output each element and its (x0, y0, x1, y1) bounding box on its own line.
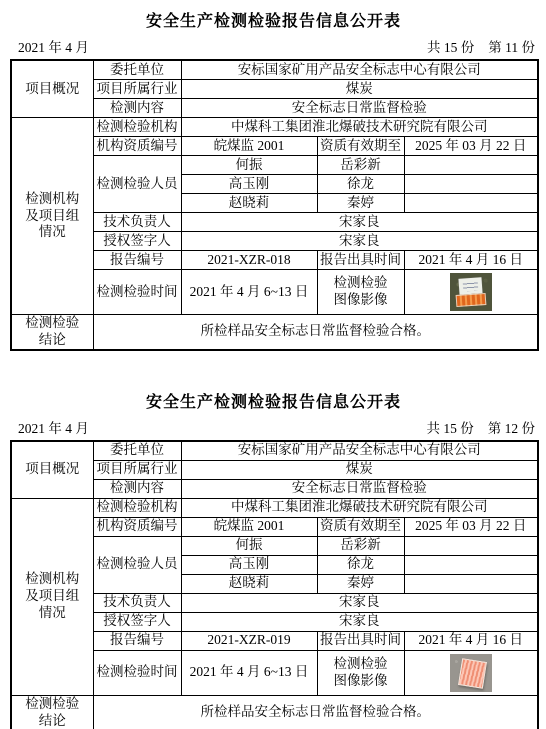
license-value: 皖煤监 2001 (181, 517, 317, 536)
section-org-group: 检测机构及项目组情况 (11, 118, 93, 315)
staff-name: 何振 (181, 536, 317, 555)
copy-index: 第 12 份 (488, 421, 535, 436)
report-table: 项目概况 委托单位 安标国家矿用产品安全标志中心有限公司 项目所属行业 煤炭 检… (10, 440, 539, 729)
table-row: 检测机构及项目组情况 检测检验机构 中煤科工集团淮北爆破技术研究院有限公司 (11, 498, 538, 517)
meta-row: 2021 年 4 月 共 15 份第 12 份 (10, 421, 537, 440)
staff-empty-cell (404, 536, 538, 555)
consignor-value: 安标国家矿用产品安全标志中心有限公司 (181, 441, 538, 461)
table-row: 检测检验结论 所检样品安全标志日常监督检验合格。 (11, 315, 538, 350)
signatory-label: 授权签字人 (93, 612, 181, 631)
signatory-label: 授权签字人 (93, 232, 181, 251)
signatory-value: 宋家良 (181, 232, 538, 251)
copies-info: 共 15 份第 11 份 (427, 40, 535, 56)
valid-until-value: 2025 年 03 月 22 日 (404, 517, 538, 536)
test-time-label: 检测检验时间 (93, 650, 181, 695)
staff-empty-cell (404, 194, 538, 213)
sample-packet (458, 658, 487, 689)
staff-name: 秦婷 (317, 194, 404, 213)
staff-empty-cell (404, 555, 538, 574)
page-title: 安全生产检测检验报告信息公开表 (10, 12, 537, 32)
table-row: 项目概况 委托单位 安标国家矿用产品安全标志中心有限公司 (11, 60, 538, 80)
sample-image-label: 检测检验图像影像 (317, 270, 404, 315)
report-no-label: 报告编号 (93, 631, 181, 650)
tech-lead-value: 宋家良 (181, 213, 538, 232)
staff-name: 秦婷 (317, 574, 404, 593)
sample-photo-cell (404, 650, 538, 695)
valid-until-label: 资质有效期至 (317, 137, 404, 156)
agency-value: 中煤科工集团淮北爆破技术研究院有限公司 (181, 118, 538, 137)
section-org-group: 检测机构及项目组情况 (11, 498, 93, 695)
section-project-overview: 项目概况 (11, 60, 93, 118)
staff-label: 检测检验人员 (93, 156, 181, 213)
staff-name: 徐龙 (317, 555, 404, 574)
tech-lead-value: 宋家良 (181, 593, 538, 612)
staff-name: 赵晓莉 (181, 194, 317, 213)
issue-date-value: 2021 年 4 月 16 日 (404, 251, 538, 270)
conclusion-value: 所检样品安全标志日常监督检验合格。 (93, 695, 538, 729)
staff-name: 何振 (181, 156, 317, 175)
sample-photo (450, 654, 492, 692)
report-no-value: 2021-XZR-018 (181, 251, 317, 270)
page: 安全生产检测检验报告信息公开表 2021 年 4 月 共 15 份第 11 份 … (0, 0, 546, 729)
conclusion-label: 检测检验结论 (11, 315, 93, 350)
license-label: 机构资质编号 (93, 517, 181, 536)
agency-label: 检测检验机构 (93, 498, 181, 517)
conclusion-value: 所检样品安全标志日常监督检验合格。 (93, 315, 538, 350)
report-card-1: 安全生产检测检验报告信息公开表 2021 年 4 月 共 15 份第 11 份 … (10, 12, 537, 351)
total-copies: 共 15 份 (427, 421, 474, 436)
sample-label-paper (458, 277, 482, 295)
sample-photo-cell (404, 270, 538, 315)
content-value: 安全标志日常监督检验 (181, 479, 538, 498)
report-card-2: 安全生产检测检验报告信息公开表 2021 年 4 月 共 15 份第 12 份 … (10, 393, 537, 729)
issue-date-value: 2021 年 4 月 16 日 (404, 631, 538, 650)
industry-label: 项目所属行业 (93, 80, 181, 99)
staff-name: 赵晓莉 (181, 574, 317, 593)
staff-label: 检测检验人员 (93, 536, 181, 593)
consignor-label: 委托单位 (93, 441, 181, 461)
staff-empty-cell (404, 156, 538, 175)
staff-empty-cell (404, 574, 538, 593)
consignor-value: 安标国家矿用产品安全标志中心有限公司 (181, 60, 538, 80)
meta-row: 2021 年 4 月 共 15 份第 11 份 (10, 40, 537, 59)
valid-until-label: 资质有效期至 (317, 517, 404, 536)
tech-lead-label: 技术负责人 (93, 593, 181, 612)
industry-label: 项目所属行业 (93, 460, 181, 479)
total-copies: 共 15 份 (427, 40, 474, 55)
table-row: 检测机构及项目组情况 检测检验机构 中煤科工集团淮北爆破技术研究院有限公司 (11, 118, 538, 137)
issue-date-label: 报告出具时间 (317, 251, 404, 270)
issue-date-label: 报告出具时间 (317, 631, 404, 650)
agency-value: 中煤科工集团淮北爆破技术研究院有限公司 (181, 498, 538, 517)
test-time-value: 2021 年 4 月 6~13 日 (181, 650, 317, 695)
test-time-value: 2021 年 4 月 6~13 日 (181, 270, 317, 315)
staff-name: 岳彩新 (317, 536, 404, 555)
staff-name: 岳彩新 (317, 156, 404, 175)
sample-image-label: 检测检验图像影像 (317, 650, 404, 695)
license-label: 机构资质编号 (93, 137, 181, 156)
copies-info: 共 15 份第 12 份 (427, 421, 536, 437)
staff-name: 高玉刚 (181, 175, 317, 194)
content-label: 检测内容 (93, 479, 181, 498)
tech-lead-label: 技术负责人 (93, 213, 181, 232)
staff-empty-cell (404, 175, 538, 194)
report-table: 项目概况 委托单位 安标国家矿用产品安全标志中心有限公司 项目所属行业 煤炭 检… (10, 59, 539, 351)
content-label: 检测内容 (93, 99, 181, 118)
report-month: 2021 年 4 月 (18, 40, 89, 56)
copy-index: 第 11 份 (488, 40, 535, 55)
table-row: 项目概况 委托单位 安标国家矿用产品安全标志中心有限公司 (11, 441, 538, 461)
license-value: 皖煤监 2001 (181, 137, 317, 156)
report-no-value: 2021-XZR-019 (181, 631, 317, 650)
table-row: 检测检验结论 所检样品安全标志日常监督检验合格。 (11, 695, 538, 729)
conclusion-label: 检测检验结论 (11, 695, 93, 729)
sample-photo (450, 273, 492, 311)
page-title: 安全生产检测检验报告信息公开表 (10, 393, 537, 413)
sample-packet (455, 293, 486, 307)
industry-value: 煤炭 (181, 80, 538, 99)
report-month: 2021 年 4 月 (18, 421, 89, 437)
agency-label: 检测检验机构 (93, 118, 181, 137)
consignor-label: 委托单位 (93, 60, 181, 80)
industry-value: 煤炭 (181, 460, 538, 479)
staff-name: 高玉刚 (181, 555, 317, 574)
content-value: 安全标志日常监督检验 (181, 99, 538, 118)
section-project-overview: 项目概况 (11, 441, 93, 499)
staff-name: 徐龙 (317, 175, 404, 194)
report-no-label: 报告编号 (93, 251, 181, 270)
test-time-label: 检测检验时间 (93, 270, 181, 315)
valid-until-value: 2025 年 03 月 22 日 (404, 137, 538, 156)
signatory-value: 宋家良 (181, 612, 538, 631)
